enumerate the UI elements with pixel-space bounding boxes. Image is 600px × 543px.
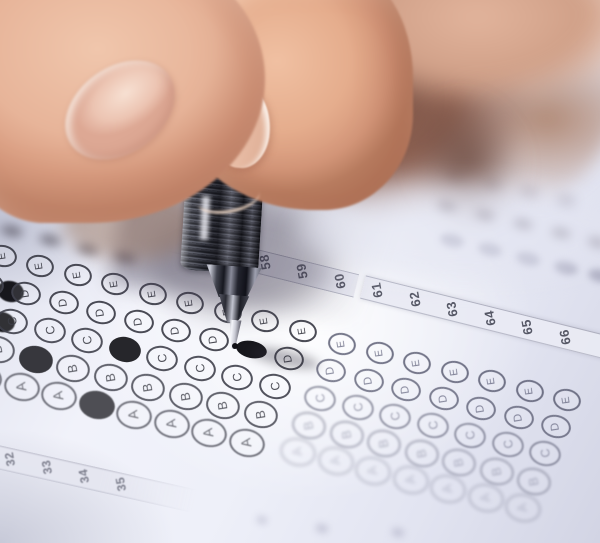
bubble-q58-C: C [181,352,218,384]
bubble-letter: E [411,358,423,367]
bubble-letter: C [538,448,551,459]
bubble-letter: C [268,381,281,392]
bubble-letter: B [489,466,503,477]
bubble-letter: C [193,363,206,374]
bubble-letter: A [478,493,493,504]
bubble-q57-B: B [128,370,167,403]
question-number-35: 35 [113,476,129,493]
bubble-q63-C: C [377,401,414,433]
bubble-letter: D [325,366,338,376]
blurred-row-left-of-pen [0,224,24,239]
bubble-q67-D: D [539,412,573,442]
bubble-letter: B [302,420,316,431]
bubble-q55-B: B [53,351,92,384]
bubble-q67-B: B [514,464,553,497]
bubble-q59-A: A [188,416,229,451]
bubble-q65-C: C [452,419,489,451]
bubble-letter: A [239,437,254,448]
bubble-letter: C [351,402,364,413]
bubble-letter: B [339,429,353,440]
bubble-letter: D [362,375,375,385]
bubble-q58-A: A [151,406,192,441]
number-band-strip [0,442,198,513]
bubble-q62-C: C [339,392,376,424]
bubble-q60-C: C [256,371,293,403]
question-number-64: 64 [481,309,498,327]
bubble-letter: D [132,317,145,327]
faint-bottom-marks [391,527,404,537]
bubble-q63-A: A [352,453,393,488]
bubble-letter: A [516,502,531,513]
bubble-q65-D: D [464,393,498,423]
bubble-q57-D: D [159,316,193,346]
bubble-letter: D [550,422,563,432]
bubble-q53-C: C [0,306,30,338]
bubble-q65-A: A [427,471,468,506]
bubble-letter: A [403,474,418,485]
question-number-34: 34 [76,467,92,484]
bubble-q58-B: B [166,379,205,412]
bubble-q54-D: D [46,288,80,318]
bubble-letter: C [426,421,439,432]
bubble-letter: A [164,419,179,430]
faint-bottom-marks [256,516,267,524]
bubble-q66-A: A [465,481,506,516]
bubble-q60-B: B [241,398,280,431]
bubble-letter: D [207,335,220,345]
bubble-letter: D [437,394,450,404]
bubble-q66-D: D [501,403,535,433]
faint-bottom-marks [315,523,328,533]
bubble-letter: B [103,372,117,383]
bubble-q67-C: C [527,438,564,470]
index-fingernail [46,40,194,180]
bubble-letter: E [0,252,8,261]
pen-ballpoint [232,343,238,349]
bubble-letter: A [366,465,381,476]
question-number-66: 66 [556,328,573,346]
question-number-65: 65 [518,318,535,336]
bubble-letter: C [313,393,326,404]
question-number-63: 63 [443,300,460,318]
bubble-q56-B: B [91,361,130,394]
question-number-32: 32 [2,451,18,468]
bubble-letter: C [155,353,168,364]
blurred-row-light [587,266,600,284]
bubble-letter: A [328,456,343,467]
bubble-q62-D: D [351,366,385,396]
bubble-q64-E: E [438,358,470,386]
question-number-33: 33 [39,459,55,476]
bubble-letter: D [57,298,70,308]
bubble-letter: D [20,289,33,299]
bubble-letter: B [414,448,428,459]
bubble-letter: A [14,381,29,392]
bubble-letter: E [486,377,498,386]
bubble-q60-E: E [286,317,318,345]
bubble-letter: A [127,409,142,420]
bubble-letter: D [512,413,525,423]
bubble-letter: B [66,363,80,374]
bubble-letter: B [253,409,267,420]
bubble-q53-E: E [24,252,56,280]
bubble-q60-A: A [226,425,267,460]
bubble-letter: B [0,344,5,355]
bubble-q58-D: D [196,325,230,355]
bubble-q63-B: B [364,427,403,460]
bubble-letter: E [561,395,573,404]
bubble-letter: B [178,391,192,402]
bubble-letter: B [216,400,230,411]
bubble-q61-D: D [314,356,348,386]
bubble-q66-E: E [513,377,545,405]
bubble-q61-E: E [326,330,358,358]
bubble-letter: A [441,484,456,495]
bubble-letter: A [52,391,67,402]
bubble-q64-A: A [390,462,431,497]
bubble-q56-C: C [106,334,143,366]
bubble-q55-D: D [84,297,118,327]
bubble-q54-A: A [1,369,42,404]
bubble-letter: B [377,438,391,449]
bubble-q59-B: B [203,389,242,422]
bubble-letter: A [291,446,306,457]
bubble-q53-B: B [0,333,18,366]
bubble-letter: C [230,372,243,383]
bubble-q52-E: E [0,243,19,271]
bubble-q55-C: C [69,324,106,356]
bubble-letter: C [43,326,56,337]
bubble-letter: D [400,385,413,395]
bubble-q65-E: E [476,367,508,395]
bubble-q54-C: C [31,315,68,347]
bubble-q61-C: C [302,382,339,414]
bubble-letter: E [72,271,84,280]
bubble-q64-D: D [426,384,460,414]
bubble-q64-C: C [414,410,451,442]
bubble-q56-A: A [76,388,117,423]
bubble-q63-E: E [401,349,433,377]
bubble-q56-D: D [121,307,155,337]
bubble-letter: C [388,411,401,422]
bubble-letter: E [449,368,461,377]
bubble-q66-C: C [489,429,526,461]
bubble-q57-C: C [144,343,181,375]
bubble-letter: C [80,335,93,346]
bubble-letter: C [501,439,514,450]
bubble-q62-E: E [363,340,395,368]
bubble-q67-A: A [502,490,543,525]
bubble-q61-A: A [277,434,318,469]
bubble-q62-A: A [315,444,356,479]
bubble-letter: C [5,316,18,327]
bubble-letter: E [336,340,348,349]
bubble-letter: B [527,476,541,487]
bubble-letter: E [34,261,46,270]
bubble-letter: E [259,317,271,326]
bubble-q63-D: D [389,375,423,405]
bubble-q54-B: B [16,342,55,375]
bubble-letter: E [374,349,386,358]
bubble-q59-C: C [219,362,256,394]
bubble-q55-A: A [38,378,79,413]
bubble-letter: B [141,382,155,393]
bubble-letter: D [475,403,488,413]
bubble-letter: D [170,326,183,336]
bubble-q57-A: A [113,397,154,432]
bubble-letter: E [524,386,536,395]
photo-scene: 58596061626364656632333435EDCEDCBAEDCBAE… [0,0,600,543]
bubble-q67-E: E [551,386,583,414]
bubble-letter: E [297,326,309,335]
bubble-letter: A [202,428,217,439]
bubble-letter: B [452,457,466,468]
bubble-letter: D [95,307,108,317]
bubble-q54-E: E [61,261,93,289]
bubble-letter: C [463,430,476,441]
blurred-row-left-of-pen [38,233,62,248]
